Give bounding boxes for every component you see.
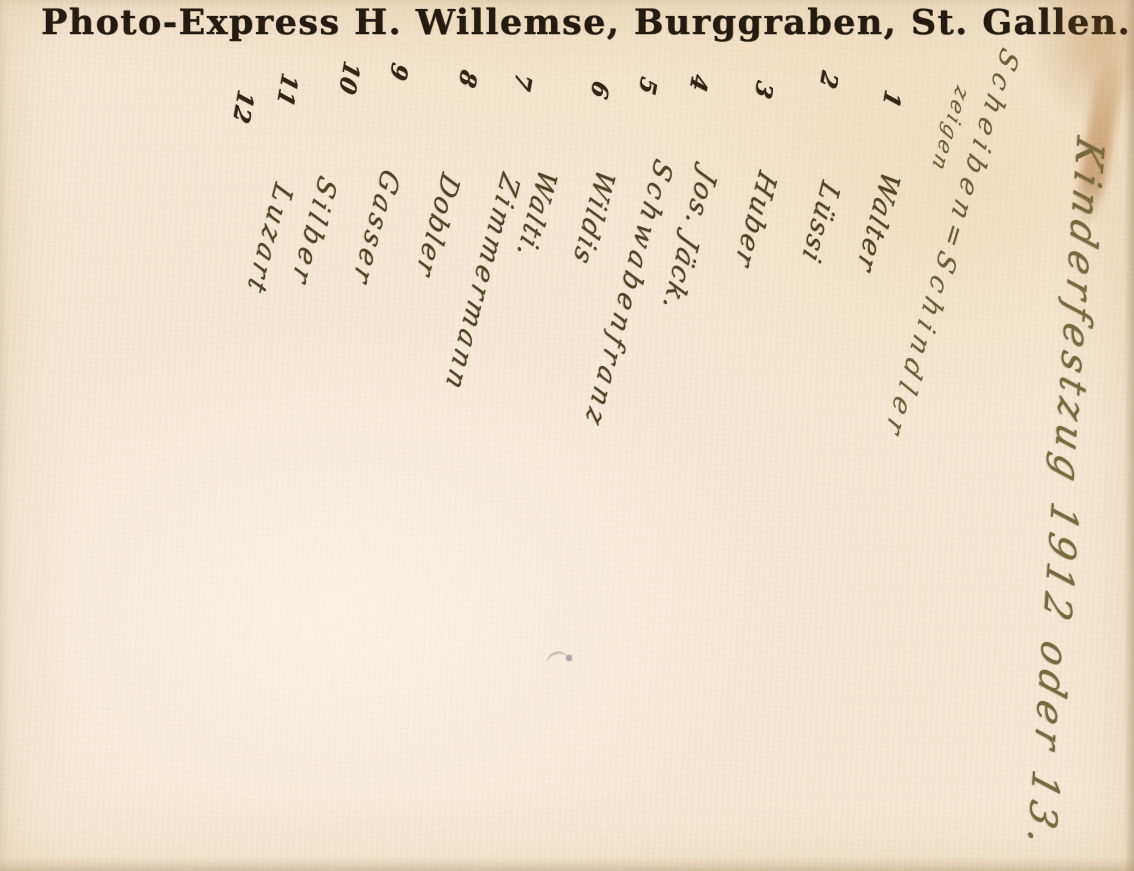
list-number-9: 9 [384, 60, 413, 84]
list-number-3: 3 [749, 78, 778, 102]
scan-edge-shadow-bottom [0, 857, 1134, 871]
list-number-8: 8 [453, 67, 482, 91]
list-name-3: Huber [728, 166, 782, 274]
scan-edge-shadow-right [1124, 0, 1134, 871]
list-number-11: 11 [272, 70, 303, 110]
list-name-6: Wildis [567, 164, 620, 271]
photo-back-scan: Photo-Express H. Willemse, Burggraben, S… [0, 0, 1134, 871]
list-number-1: 1 [877, 87, 906, 111]
photographer-imprint: Photo-Express H. Willemse, Burggraben, S… [41, 2, 1131, 43]
pencil-squiggle [544, 650, 568, 666]
list-number-2: 2 [814, 68, 843, 92]
list-number-5: 5 [633, 74, 662, 98]
list-name-10: Gasser [346, 164, 405, 292]
list-name-12: Luzart [240, 178, 298, 301]
list-name-2: Lüssi [795, 176, 845, 269]
list-number-7: 7 [508, 70, 537, 94]
list-name-9: Dobler [410, 168, 465, 283]
list-number-12: 12 [228, 87, 259, 127]
list-number-4: 4 [684, 71, 713, 95]
handwritten-caption-event-date: Kinderfestzug 1912 oder 13. [1019, 132, 1112, 858]
list-name-1: Walter [850, 166, 905, 278]
list-number-10: 10 [334, 58, 365, 98]
pencil-dot [566, 655, 572, 661]
list-number-6: 6 [585, 78, 614, 102]
